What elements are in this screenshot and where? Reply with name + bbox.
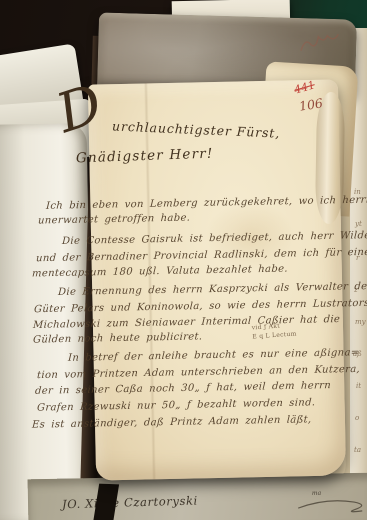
manuscript-photo: in yt r z my aß it o ta j JO. Xiąże Czar…	[0, 0, 367, 520]
bottom-sheet-inscription: JO. Xiąże Czartoryski	[62, 493, 198, 511]
faint-red-scribble	[295, 28, 344, 55]
edge-text-fragment: ta	[354, 446, 361, 454]
edge-text-fragment: my	[355, 318, 366, 326]
flourish-paraph	[296, 495, 367, 516]
edge-text-fragment: yt	[355, 220, 362, 228]
edge-text-fragment: it	[356, 382, 361, 390]
bottom-grey-sheet: JO. Xiąże Czartoryski ma	[28, 473, 367, 520]
edge-text-fragment: o	[355, 414, 359, 422]
interlinear-note: vid ƒ Akt E q L Lectum	[251, 320, 297, 341]
